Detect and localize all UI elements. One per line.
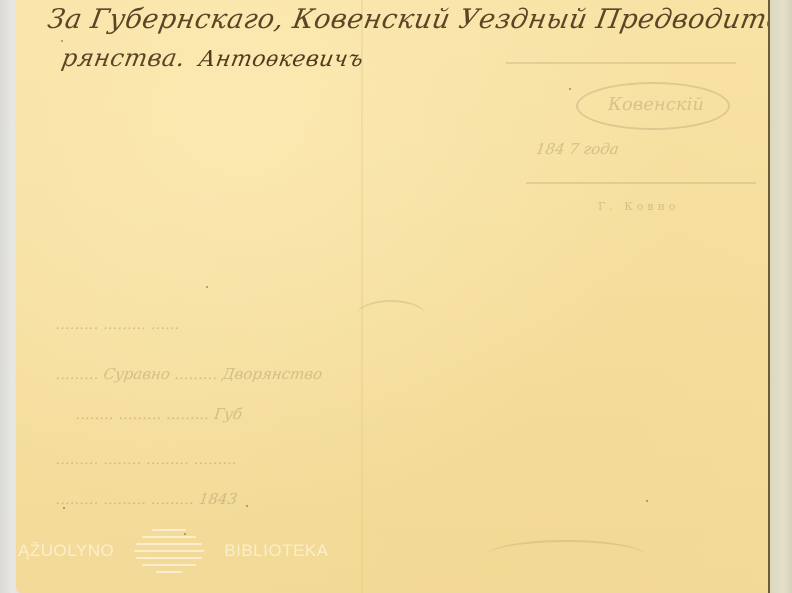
ghost-city: Г. Ковно <box>598 200 680 213</box>
handwritten-word: рянства. <box>60 44 188 72</box>
wave-sphere-logo-icon <box>134 527 204 575</box>
signature: Антоѳкевичъ <box>197 47 366 72</box>
ghost-flourish <box>356 300 426 332</box>
ghost-line-1: ......... ......... ...... <box>55 315 182 333</box>
watermark-right-text: BIBLIOTEKA <box>224 541 328 561</box>
ghost-flourish-bottom <box>486 540 646 572</box>
paper-speck <box>246 505 248 507</box>
ghost-rule-mid <box>526 182 756 184</box>
paper-sheet: Ковенскій 184 7 года Г. Ковно ......... … <box>16 0 768 593</box>
paper-speck <box>646 500 648 502</box>
watermark-left-text: ĄŽUOLYNO <box>18 541 114 561</box>
paper-speck <box>61 40 63 42</box>
ghost-line-5: ......... ......... ......... 1843 <box>55 490 239 508</box>
ghost-date: 184 7 года <box>535 140 620 158</box>
ghost-line-3: ........ ......... ......... Губ <box>75 405 244 423</box>
library-watermark: ĄŽUOLYNO BIBLIOTEKA <box>18 531 328 571</box>
ghost-line-4: ......... ........ ......... ......... <box>55 450 239 468</box>
ghost-stamp-text: Ковенскій <box>608 94 704 115</box>
ghost-rule-top <box>506 62 736 64</box>
ghost-stamp-oval: Ковенскій <box>576 82 730 130</box>
handwritten-line-1: За Губернскаго, Ковенский Уездный Предво… <box>45 4 792 35</box>
paper-speck <box>63 507 65 509</box>
document-scan: Ковенскій 184 7 года Г. Ковно ......... … <box>0 0 792 593</box>
scanner-right-margin <box>770 0 792 593</box>
ghost-line-2: ......... Суравно ......... Дворянство <box>55 365 324 383</box>
paper-speck <box>206 286 208 288</box>
paper-speck <box>569 88 571 90</box>
handwritten-line-2: рянства.Антоѳкевичъ <box>60 44 366 72</box>
